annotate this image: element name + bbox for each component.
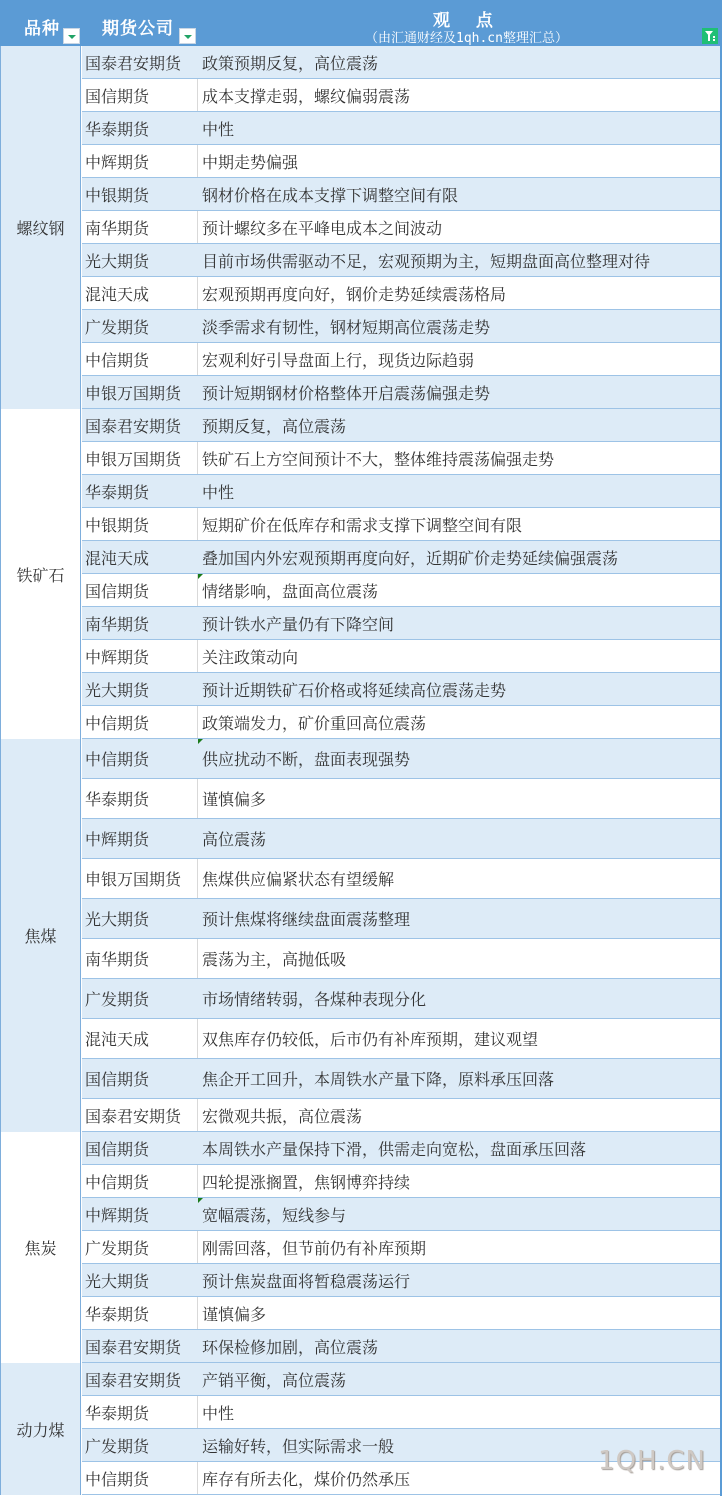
view-cell[interactable]: 预计焦炭盘面将暂稳震荡运行 [197,1264,410,1296]
variety-label: 焦炭 [24,1236,56,1259]
company-cell[interactable]: 光大期货 [85,1264,149,1296]
view-cell[interactable]: 政策预期反复，高位震荡 [197,46,378,78]
view-cell[interactable]: 中性 [197,112,234,144]
company-cell[interactable]: 广发期货 [85,1429,149,1461]
company-cell[interactable]: 国信期货 [85,1059,149,1098]
watermark: 1QH.CN [598,1446,706,1476]
company-cell[interactable]: 华泰期货 [85,779,149,818]
view-cell[interactable]: 库存有所去化，煤价仍然承压 [197,1462,410,1494]
table-row[interactable]: 中辉期货宽幅震荡，短线参与 [82,1198,720,1231]
table-row[interactable]: 中辉期货高位震荡 [82,819,720,859]
variety-cell[interactable]: 焦煤 [0,739,81,1132]
variety-cell[interactable]: 动力煤 [0,1363,81,1495]
company-cell[interactable]: 国信期货 [85,79,149,111]
table-row[interactable]: 国泰君安期货产销平衡，高位震荡 [82,1363,720,1396]
view-cell[interactable]: 供应扰动不断，盘面表现强势 [197,739,410,778]
table-row[interactable]: 国泰君安期货环保检修加剧，高位震荡 [82,1330,720,1363]
company-cell[interactable]: 国信期货 [85,1132,149,1164]
view-cell[interactable]: 预计铁水产量仍有下降空间 [197,607,394,639]
company-cell[interactable]: 混沌天成 [85,1019,149,1058]
company-cell[interactable]: 华泰期货 [85,1396,149,1428]
variety-label: 焦煤 [24,924,56,947]
company-cell[interactable]: 华泰期货 [85,475,149,507]
company-cell[interactable]: 中辉期货 [85,640,149,672]
company-cell[interactable]: 中银期货 [85,178,149,210]
table-row[interactable]: 中信期货四轮提涨搁置，焦钢博弈持续 [82,1165,720,1198]
view-cell[interactable]: 刚需回落，但节前仍有补库预期 [197,1231,426,1263]
table-row[interactable]: 中辉期货关注政策动向 [82,640,720,673]
dropdown-arrow-icon[interactable] [179,28,196,44]
company-cell[interactable]: 申银万国期货 [85,376,181,408]
table-row[interactable]: 申银万国期货预计短期钢材价格整体开启震荡偏强走势 [82,376,720,409]
table-row[interactable]: 中辉期货中期走势偏强 [82,145,720,178]
table-row[interactable]: 混沌天成叠加国内外宏观预期再度向好，近期矿价走势延续偏强震荡 [82,541,720,574]
table-row[interactable]: 南华期货预计螺纹多在平峰电成本之间波动 [82,211,720,244]
view-cell[interactable]: 运输好转，但实际需求一般 [197,1429,394,1461]
company-cell[interactable]: 申银万国期货 [85,859,181,898]
table-row[interactable]: 国泰君安期货预期反复，高位震荡 [82,409,720,442]
table-row[interactable]: 申银万国期货铁矿石上方空间预计不大，整体维持震荡偏强走势 [82,442,720,475]
view-cell[interactable]: 淡季需求有韧性，钢材短期高位震荡走势 [197,310,490,342]
company-cell[interactable]: 南华期货 [85,607,149,639]
header-company: 期货公司 [82,0,197,46]
variety-label: 动力煤 [16,1418,64,1441]
view-cell[interactable]: 四轮提涨搁置，焦钢博弈持续 [197,1165,410,1197]
comment-indicator-icon [198,739,203,744]
company-cell[interactable]: 中信期货 [85,1462,149,1494]
view-cell[interactable]: 产销平衡，高位震荡 [197,1363,346,1395]
table-row[interactable]: 光大期货目前市场供需驱动不足，宏观预期为主，短期盘面高位整理对待 [82,244,720,277]
view-cell[interactable]: 震荡为主，高抛低吸 [197,939,346,978]
header-variety: 品种 [0,0,82,46]
company-cell[interactable]: 光大期货 [85,244,149,276]
view-cell[interactable]: 本周铁水产量保持下滑，供需走向宽松，盘面承压回落 [197,1132,586,1164]
view-cell[interactable]: 宏观预期再度向好，钢价走势延续震荡格局 [197,277,506,309]
company-cell[interactable]: 中信期货 [85,739,149,778]
view-cell[interactable]: 高位震荡 [197,819,266,858]
company-cell[interactable]: 中辉期货 [85,1198,149,1230]
table-row[interactable]: 南华期货震荡为主，高抛低吸 [82,939,720,979]
company-cell[interactable]: 广发期货 [85,1231,149,1263]
view-cell[interactable]: 双焦库存仍较低，后市仍有补库预期，建议观望 [197,1019,538,1058]
table-row[interactable]: 华泰期货中性 [82,475,720,508]
table-row[interactable]: 中信期货政策端发力，矿价重回高位震荡 [82,706,720,739]
company-cell[interactable]: 中信期货 [85,706,149,738]
header-view: 观 点 （由汇通财经及1qh.cn整理汇总） [197,0,722,46]
header-company-label: 期货公司 [102,14,174,39]
header-variety-label: 品种 [24,14,60,39]
company-cell[interactable]: 中信期货 [85,343,149,375]
table-row[interactable]: 国信期货焦企开工回升，本周铁水产量下降，原料承压回落 [82,1059,720,1099]
table-row[interactable]: 南华期货预计铁水产量仍有下降空间 [82,607,720,640]
company-cell[interactable]: 光大期货 [85,899,149,938]
company-cell[interactable]: 华泰期货 [85,112,149,144]
view-cell[interactable]: 谨慎偏多 [197,1297,266,1329]
dropdown-arrow-icon[interactable] [63,28,80,44]
view-cell[interactable]: 预计焦煤将继续盘面震荡整理 [197,899,410,938]
table-row[interactable]: 中信期货供应扰动不断，盘面表现强势 [82,739,720,779]
company-cell[interactable]: 中辉期货 [85,819,149,858]
company-cell[interactable]: 南华期货 [85,939,149,978]
company-cell[interactable]: 国泰君安期货 [85,1330,181,1362]
variety-label: 螺纹钢 [16,216,64,239]
view-cell[interactable]: 预计螺纹多在平峰电成本之间波动 [197,211,442,243]
view-cell[interactable]: 关注政策动向 [197,640,298,672]
company-cell[interactable]: 中辉期货 [85,145,149,177]
company-cell[interactable]: 混沌天成 [85,277,149,309]
table-row[interactable]: 混沌天成双焦库存仍较低，后市仍有补库预期，建议观望 [82,1019,720,1059]
view-cell[interactable]: 焦企开工回升，本周铁水产量下降，原料承压回落 [197,1059,554,1098]
table-row[interactable]: 中银期货短期矿价在低库存和需求支撑下调整空间有限 [82,508,720,541]
filter-icon[interactable] [702,28,718,44]
view-cell[interactable]: 政策端发力，矿价重回高位震荡 [197,706,426,738]
table-row[interactable]: 华泰期货谨慎偏多 [82,1297,720,1330]
table-row[interactable]: 广发期货刚需回落，但节前仍有补库预期 [82,1231,720,1264]
view-cell[interactable]: 预期反复，高位震荡 [197,409,346,441]
view-cell[interactable]: 中性 [197,475,234,507]
variety-label: 铁矿石 [16,563,64,586]
view-cell[interactable]: 铁矿石上方空间预计不大，整体维持震荡偏强走势 [197,442,554,474]
company-cell[interactable]: 国泰君安期货 [85,1099,181,1131]
company-cell[interactable]: 南华期货 [85,211,149,243]
company-cell[interactable]: 光大期货 [85,673,149,705]
company-cell[interactable]: 中银期货 [85,508,149,540]
company-cell[interactable]: 国泰君安期货 [85,46,181,78]
table-row[interactable]: 华泰期货谨慎偏多 [82,779,720,819]
table-row[interactable]: 华泰期货中性 [82,112,720,145]
view-cell[interactable]: 市场情绪转弱，各煤种表现分化 [197,979,426,1018]
comment-indicator-icon [198,1198,203,1203]
table-row[interactable]: 国泰君安期货政策预期反复，高位震荡 [82,46,720,79]
view-cell[interactable]: 中期走势偏强 [197,145,298,177]
view-cell[interactable]: 宏微观共振，高位震荡 [197,1099,362,1131]
company-cell[interactable]: 华泰期货 [85,1297,149,1329]
company-cell[interactable]: 国信期货 [85,574,149,606]
table-row[interactable]: 混沌天成宏观预期再度向好，钢价走势延续震荡格局 [82,277,720,310]
table-header: 品种 期货公司 观 点 （由汇通财经及1qh.cn整理汇总） [0,0,722,46]
view-cell[interactable]: 宏观利好引导盘面上行，现货边际趋弱 [197,343,474,375]
variety-group: 焦煤中信期货供应扰动不断，盘面表现强势华泰期货谨慎偏多中辉期货高位震荡申银万国期… [0,739,722,1132]
variety-cell[interactable]: 螺纹钢 [0,46,81,409]
table-row[interactable]: 国泰君安期货宏微观共振，高位震荡 [82,1099,720,1132]
variety-cell[interactable]: 铁矿石 [0,409,81,739]
view-cell[interactable]: 情绪影响，盘面高位震荡 [197,574,378,606]
table-row[interactable]: 国信期货成本支撑走弱，螺纹偏弱震荡 [82,79,720,112]
view-cell[interactable]: 成本支撑走弱，螺纹偏弱震荡 [197,79,410,111]
company-cell[interactable]: 混沌天成 [85,541,149,573]
table-row[interactable]: 国信期货情绪影响，盘面高位震荡 [82,574,720,607]
variety-cell[interactable]: 焦炭 [0,1132,81,1363]
company-cell[interactable]: 广发期货 [85,310,149,342]
variety-group: 螺纹钢国泰君安期货政策预期反复，高位震荡国信期货成本支撑走弱，螺纹偏弱震荡华泰期… [0,46,722,409]
company-cell[interactable]: 中信期货 [85,1165,149,1197]
table-row[interactable]: 广发期货市场情绪转弱，各煤种表现分化 [82,979,720,1019]
view-cell[interactable]: 宽幅震荡，短线参与 [197,1198,346,1230]
table-row[interactable]: 中银期货钢材价格在成本支撑下调整空间有限 [82,178,720,211]
view-cell[interactable]: 预计近期铁矿石价格或将延续高位震荡走势 [197,673,506,705]
table-row[interactable]: 中信期货宏观利好引导盘面上行，现货边际趋弱 [82,343,720,376]
variety-group: 焦炭国信期货本周铁水产量保持下滑，供需走向宽松，盘面承压回落中信期货四轮提涨搁置… [0,1132,722,1363]
comment-indicator-icon [198,574,203,579]
view-cell[interactable]: 环保检修加剧，高位震荡 [197,1330,378,1362]
view-cell[interactable]: 预计短期钢材价格整体开启震荡偏强走势 [197,376,490,408]
company-cell[interactable]: 国泰君安期货 [85,409,181,441]
view-cell[interactable]: 叠加国内外宏观预期再度向好，近期矿价走势延续偏强震荡 [197,541,618,573]
table-row[interactable]: 光大期货预计焦煤将继续盘面震荡整理 [82,899,720,939]
view-cell[interactable]: 目前市场供需驱动不足，宏观预期为主，短期盘面高位整理对待 [197,244,650,276]
table-row[interactable]: 光大期货预计焦炭盘面将暂稳震荡运行 [82,1264,720,1297]
view-cell[interactable]: 钢材价格在成本支撑下调整空间有限 [197,178,458,210]
table-row[interactable]: 国信期货本周铁水产量保持下滑，供需走向宽松，盘面承压回落 [82,1132,720,1165]
table-row[interactable]: 广发期货淡季需求有韧性，钢材短期高位震荡走势 [82,310,720,343]
table-row[interactable]: 光大期货预计近期铁矿石价格或将延续高位震荡走势 [82,673,720,706]
company-cell[interactable]: 申银万国期货 [85,442,181,474]
view-cell[interactable]: 焦煤供应偏紧状态有望缓解 [197,859,394,898]
company-cell[interactable]: 广发期货 [85,979,149,1018]
variety-group: 铁矿石国泰君安期货预期反复，高位震荡申银万国期货铁矿石上方空间预计不大，整体维持… [0,409,722,739]
company-cell[interactable]: 国泰君安期货 [85,1363,181,1395]
view-cell[interactable]: 中性 [197,1396,234,1428]
table-row[interactable]: 华泰期货中性 [82,1396,720,1429]
view-cell[interactable]: 短期矿价在低库存和需求支撑下调整空间有限 [197,508,522,540]
header-view-subtitle: （由汇通财经及1qh.cn整理汇总） [365,27,568,46]
table-row[interactable]: 申银万国期货焦煤供应偏紧状态有望缓解 [82,859,720,899]
view-cell[interactable]: 谨慎偏多 [197,779,266,818]
